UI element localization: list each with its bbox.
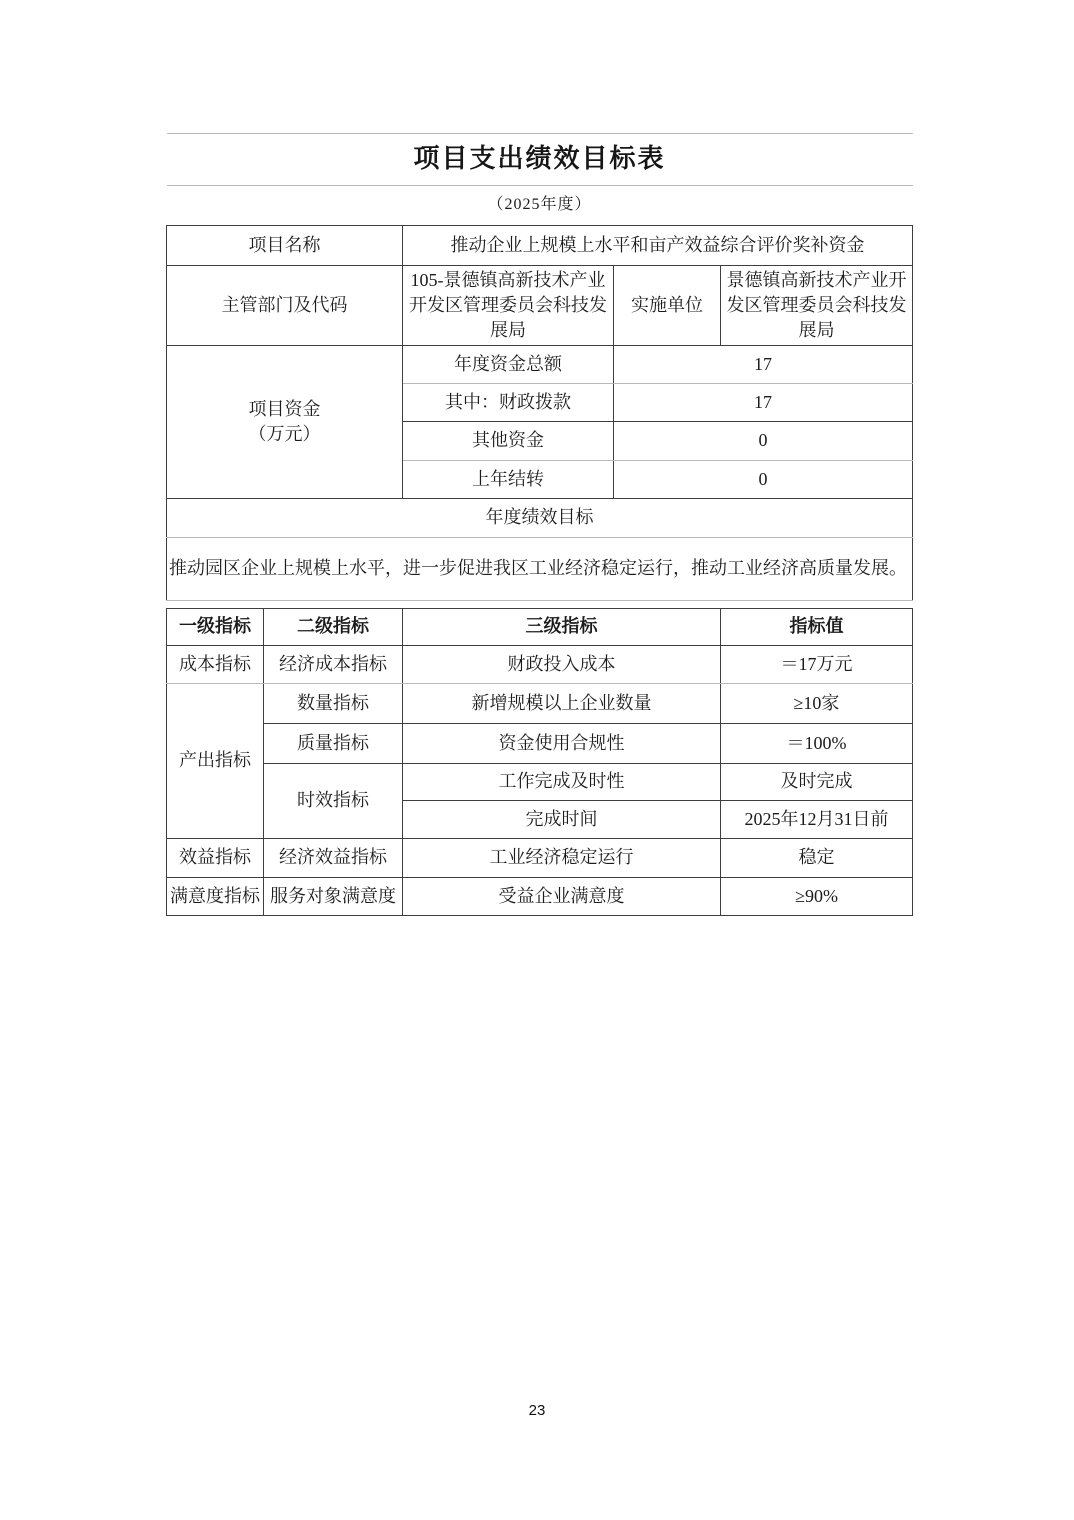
funds-label-line1: 项目资金 [249,399,321,419]
funds-item-value: 0 [614,461,913,499]
indicator-level3: 工作完成及时性 [403,764,721,801]
indicator-row: 满意度指标 服务对象满意度 受益企业满意度 ≥90% [167,878,913,916]
document-page: 项目支出绩效目标表 （2025年度） 项目名称 推动企业上规模上水平和亩产效益综… [0,0,1074,1520]
indicator-level2: 服务对象满意度 [264,878,403,916]
page-number: 23 [0,1402,1074,1419]
header-level1: 一级指标 [167,609,264,646]
funds-label-line2: （万元） [249,424,321,444]
indicator-value: 及时完成 [721,764,913,801]
indicator-level3: 财政投入成本 [403,646,721,684]
indicator-row: 产出指标 数量指标 新增规模以上企业数量 ≥10家 [167,684,913,724]
project-name-value: 推动企业上规模上水平和亩产效益综合评价奖补资金 [403,226,913,266]
indicator-value: ≥90% [721,878,913,916]
indicator-value: ＝17万元 [721,646,913,684]
annual-goal-label: 年度绩效目标 [167,499,913,538]
indicator-level3: 工业经济稳定运行 [403,839,721,878]
implementer-value: 景德镇高新技术产业开发区管理委员会科技发展局 [721,266,913,346]
indicator-row: 效益指标 经济效益指标 工业经济稳定运行 稳定 [167,839,913,878]
department-row: 主管部门及代码 105-景德镇高新技术产业开发区管理委员会科技发展局 实施单位 … [167,266,913,346]
header-value: 指标值 [721,609,913,646]
indicator-level3: 新增规模以上企业数量 [403,684,721,724]
funds-item-name: 年度资金总额 [403,346,614,384]
page-subtitle: （2025年度） [167,186,913,226]
funds-item-name: 其他资金 [403,422,614,461]
indicator-header-row: 一级指标 二级指标 三级指标 指标值 [167,609,913,646]
indicator-level1: 成本指标 [167,646,264,684]
funds-item-value: 0 [614,422,913,461]
department-value: 105-景德镇高新技术产业开发区管理委员会科技发展局 [403,266,614,346]
indicator-row: 时效指标 工作完成及时性 及时完成 [167,764,913,801]
header-level2: 二级指标 [264,609,403,646]
page-title: 项目支出绩效目标表 [167,134,913,186]
indicator-level2: 数量指标 [264,684,403,724]
indicator-level2: 时效指标 [264,764,403,839]
indicator-row: 成本指标 经济成本指标 财政投入成本 ＝17万元 [167,646,913,684]
funds-item-name: 其中：财政拨款 [403,384,614,422]
indicator-level3: 完成时间 [403,801,721,839]
annual-goal-header-row: 年度绩效目标 [167,499,913,538]
project-name-label: 项目名称 [167,226,403,266]
funds-label: 项目资金 （万元） [167,346,403,499]
indicator-level2: 经济效益指标 [264,839,403,878]
indicator-row: 质量指标 资金使用合规性 ＝100% [167,724,913,764]
indicator-value: ≥10家 [721,684,913,724]
project-summary-table: 项目支出绩效目标表 （2025年度） 项目名称 推动企业上规模上水平和亩产效益综… [166,133,913,601]
indicator-level3: 受益企业满意度 [403,878,721,916]
implementer-label: 实施单位 [614,266,721,346]
annual-goal-text: 推动园区企业上规模上水平，进一步促进我区工业经济稳定运行，推动工业经济高质量发展… [167,538,913,601]
indicator-level2: 经济成本指标 [264,646,403,684]
indicator-level3: 资金使用合规性 [403,724,721,764]
indicator-value: ＝100% [721,724,913,764]
funds-item-value: 17 [614,346,913,384]
funds-row: 项目资金 （万元） 年度资金总额 17 [167,346,913,384]
indicator-level1: 产出指标 [167,684,264,839]
header-level3: 三级指标 [403,609,721,646]
indicator-level2: 质量指标 [264,724,403,764]
funds-item-name: 上年结转 [403,461,614,499]
title-row: 项目支出绩效目标表 [167,134,913,186]
indicator-table: 一级指标 二级指标 三级指标 指标值 成本指标 经济成本指标 财政投入成本 ＝1… [166,608,913,916]
subtitle-row: （2025年度） [167,186,913,226]
indicator-value: 稳定 [721,839,913,878]
project-name-row: 项目名称 推动企业上规模上水平和亩产效益综合评价奖补资金 [167,226,913,266]
indicator-value: 2025年12月31日前 [721,801,913,839]
annual-goal-text-row: 推动园区企业上规模上水平，进一步促进我区工业经济稳定运行，推动工业经济高质量发展… [167,538,913,601]
department-label: 主管部门及代码 [167,266,403,346]
funds-item-value: 17 [614,384,913,422]
indicator-level1: 效益指标 [167,839,264,878]
indicator-level1: 满意度指标 [167,878,264,916]
